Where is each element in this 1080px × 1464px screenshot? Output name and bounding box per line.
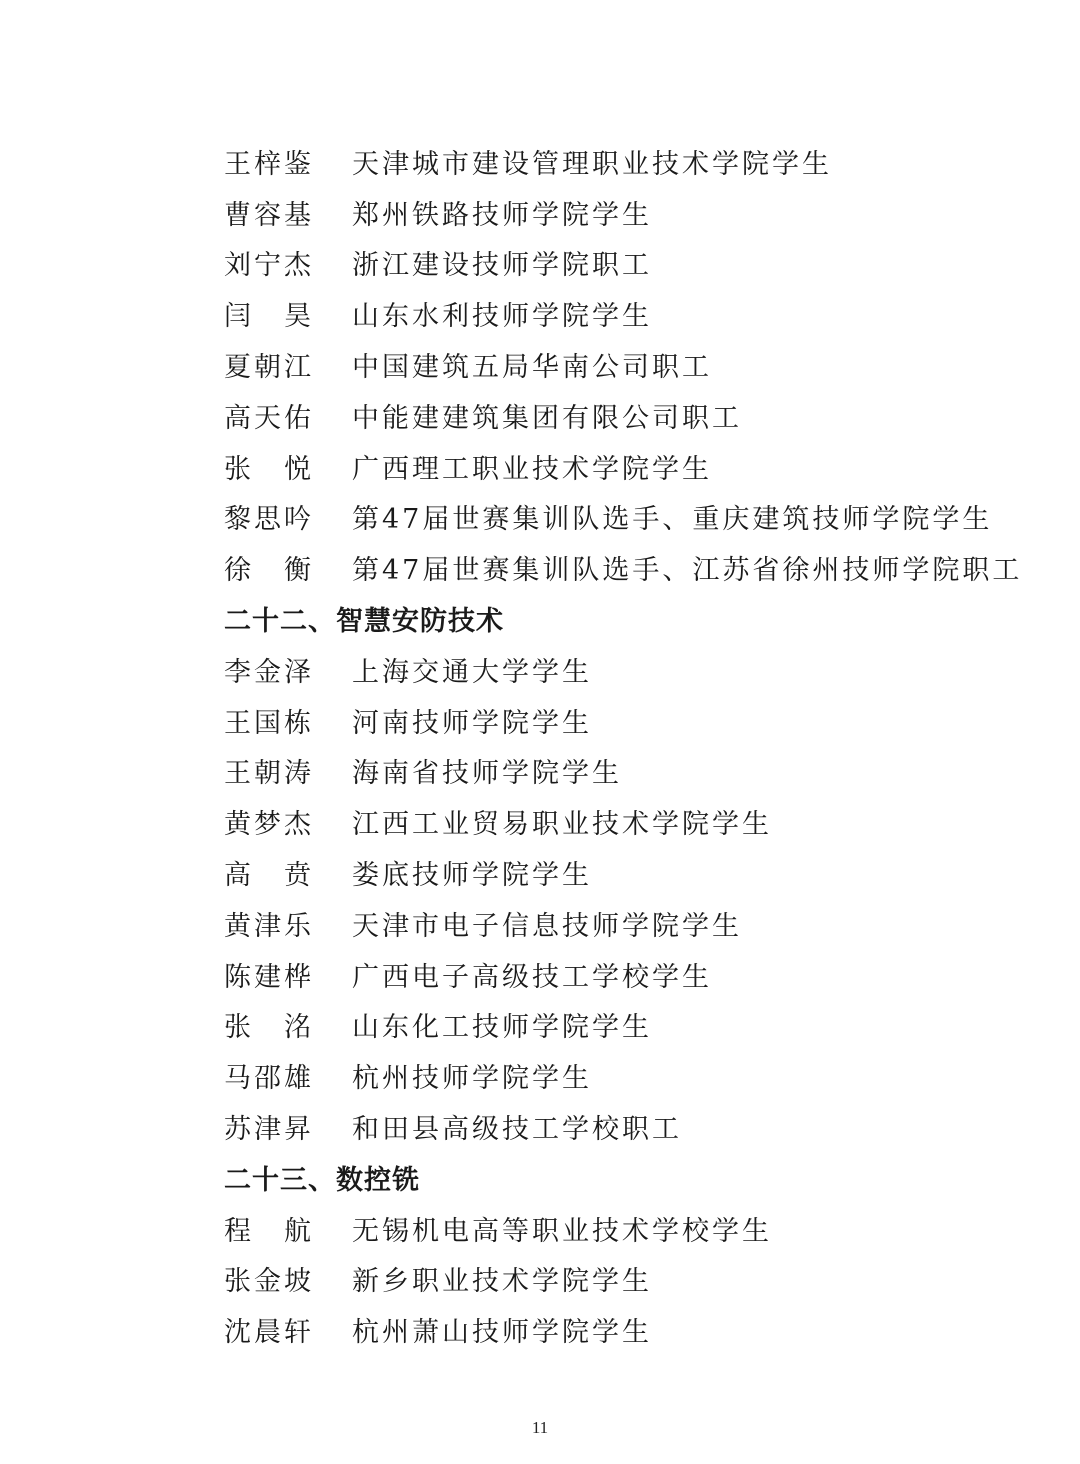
person-affiliation: 无锡机电高等职业技术学校学生 — [352, 1209, 984, 1248]
list-item: 高贲 娄底技师学院学生 — [224, 847, 984, 898]
person-name: 王梓鉴 — [224, 142, 352, 181]
name-character: 徐 — [224, 548, 254, 587]
person-name: 黄梦杰 — [224, 802, 352, 841]
person-affiliation: 第47届世赛集训队选手、江苏省徐州技师学院职工 — [352, 548, 1022, 587]
person-name: 高贲 — [224, 853, 314, 892]
name-character: 航 — [284, 1209, 314, 1248]
list-item: 曹容基 郑州铁路技师学院学生 — [224, 187, 984, 238]
person-name: 马邵雄 — [224, 1056, 352, 1095]
name-character: 高 — [224, 853, 254, 892]
person-name: 黎思吟 — [224, 497, 352, 536]
person-affiliation: 广西电子高级技工学校学生 — [352, 955, 984, 994]
person-affiliation: 山东水利技师学院学生 — [352, 294, 984, 333]
list-item: 王梓鉴 天津城市建设管理职业技术学院学生 — [224, 136, 984, 187]
person-name: 闫昊 — [224, 294, 314, 333]
list-item: 沈晨轩 杭州萧山技师学院学生 — [224, 1304, 984, 1355]
name-character: 闫 — [224, 294, 254, 333]
person-name: 苏津昇 — [224, 1107, 352, 1146]
person-name: 程航 — [224, 1209, 314, 1248]
list-item: 王朝涛 海南省技师学院学生 — [224, 746, 984, 797]
list-item: 程航 无锡机电高等职业技术学校学生 — [224, 1203, 984, 1254]
list-item: 张金坡 新乡职业技术学院学生 — [224, 1254, 984, 1305]
person-affiliation: 中能建建筑集团有限公司职工 — [352, 396, 984, 435]
person-affiliation: 天津市电子信息技师学院学生 — [352, 904, 984, 943]
person-affiliation: 河南技师学院学生 — [352, 701, 984, 740]
person-name: 沈晨轩 — [224, 1310, 352, 1349]
page-number: 11 — [0, 1418, 1080, 1438]
person-name: 王国栋 — [224, 701, 352, 740]
section-heading: 二十二、智慧安防技术 — [224, 593, 984, 644]
person-affiliation: 广西理工职业技术学院学生 — [352, 447, 984, 486]
section-heading: 二十三、数控铣 — [224, 1152, 984, 1203]
person-affiliation: 杭州技师学院学生 — [352, 1056, 984, 1095]
person-affiliation: 杭州萧山技师学院学生 — [352, 1310, 984, 1349]
name-character: 昊 — [284, 294, 314, 333]
person-affiliation: 新乡职业技术学院学生 — [352, 1259, 984, 1298]
list-item: 黄梦杰 江西工业贸易职业技术学院学生 — [224, 796, 984, 847]
name-character: 程 — [224, 1209, 254, 1248]
person-name: 陈建桦 — [224, 955, 352, 994]
person-name: 张悦 — [224, 447, 314, 486]
name-list: 王梓鉴 天津城市建设管理职业技术学院学生 曹容基 郑州铁路技师学院学生 刘宁杰 … — [224, 136, 984, 1355]
name-character: 洺 — [284, 1005, 314, 1044]
person-name: 张洺 — [224, 1005, 314, 1044]
list-item: 苏津昇 和田县高级技工学校职工 — [224, 1101, 984, 1152]
list-item: 王国栋 河南技师学院学生 — [224, 695, 984, 746]
document-page: 王梓鉴 天津城市建设管理职业技术学院学生 曹容基 郑州铁路技师学院学生 刘宁杰 … — [0, 0, 1080, 1464]
list-item: 闫昊 山东水利技师学院学生 — [224, 288, 984, 339]
person-name: 徐衡 — [224, 548, 314, 587]
list-item: 张悦 广西理工职业技术学院学生 — [224, 441, 984, 492]
person-name: 李金泽 — [224, 650, 352, 689]
person-affiliation: 娄底技师学院学生 — [352, 853, 984, 892]
person-affiliation: 海南省技师学院学生 — [352, 751, 984, 790]
person-name: 刘宁杰 — [224, 243, 352, 282]
person-affiliation: 浙江建设技师学院职工 — [352, 243, 984, 282]
person-name: 黄津乐 — [224, 904, 352, 943]
person-name: 夏朝江 — [224, 345, 352, 384]
list-item: 张洺 山东化工技师学院学生 — [224, 1000, 984, 1051]
person-name: 张金坡 — [224, 1259, 352, 1298]
name-character: 张 — [224, 447, 254, 486]
list-item: 马邵雄 杭州技师学院学生 — [224, 1050, 984, 1101]
name-character: 悦 — [284, 447, 314, 486]
list-item: 高天佑 中能建建筑集团有限公司职工 — [224, 390, 984, 441]
list-item: 刘宁杰 浙江建设技师学院职工 — [224, 238, 984, 289]
name-character: 贲 — [284, 853, 314, 892]
person-affiliation: 第47届世赛集训队选手、重庆建筑技师学院学生 — [352, 497, 992, 536]
person-affiliation: 和田县高级技工学校职工 — [352, 1107, 984, 1146]
person-name: 王朝涛 — [224, 751, 352, 790]
person-affiliation: 郑州铁路技师学院学生 — [352, 193, 984, 232]
list-item: 黎思吟 第47届世赛集训队选手、重庆建筑技师学院学生 — [224, 492, 984, 543]
person-name: 曹容基 — [224, 193, 352, 232]
name-character: 衡 — [284, 548, 314, 587]
person-name: 高天佑 — [224, 396, 352, 435]
person-affiliation: 天津城市建设管理职业技术学院学生 — [352, 142, 984, 181]
list-item: 夏朝江 中国建筑五局华南公司职工 — [224, 339, 984, 390]
person-affiliation: 江西工业贸易职业技术学院学生 — [352, 802, 984, 841]
person-affiliation: 中国建筑五局华南公司职工 — [352, 345, 984, 384]
list-item: 李金泽 上海交通大学学生 — [224, 644, 984, 695]
person-affiliation: 上海交通大学学生 — [352, 650, 984, 689]
list-item: 徐衡 第47届世赛集训队选手、江苏省徐州技师学院职工 — [224, 542, 984, 593]
person-affiliation: 山东化工技师学院学生 — [352, 1005, 984, 1044]
name-character: 张 — [224, 1005, 254, 1044]
list-item: 陈建桦 广西电子高级技工学校学生 — [224, 949, 984, 1000]
list-item: 黄津乐 天津市电子信息技师学院学生 — [224, 898, 984, 949]
